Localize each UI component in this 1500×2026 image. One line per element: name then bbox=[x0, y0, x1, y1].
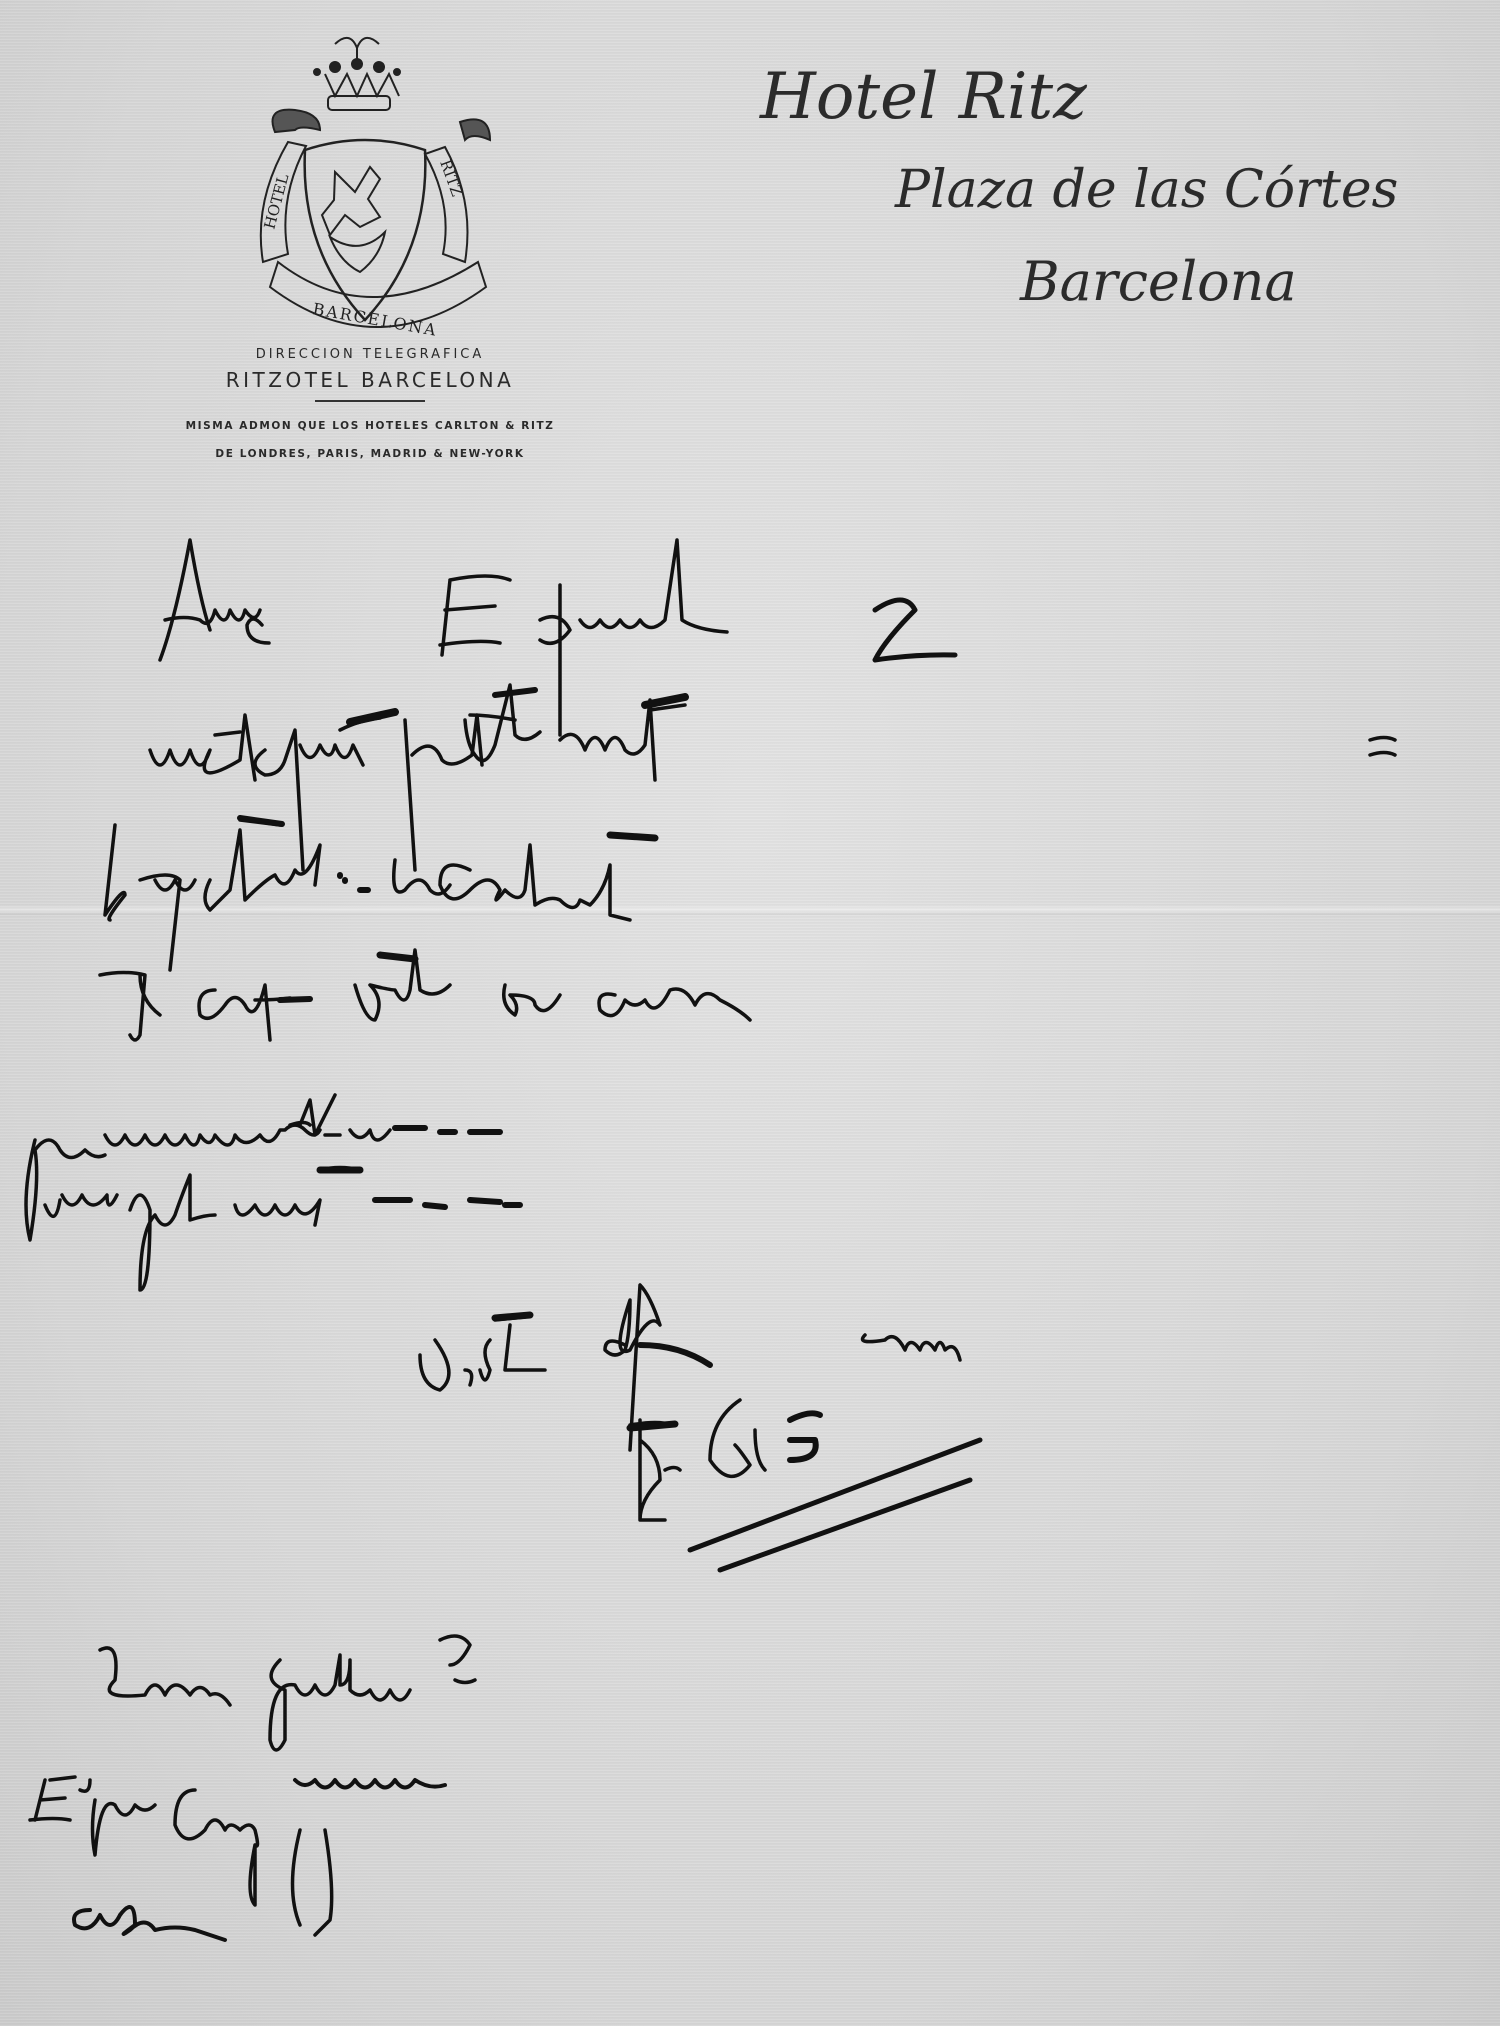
letterhead-divider bbox=[315, 400, 425, 402]
telegraph-label: DIRECCION TELEGRAFICA bbox=[130, 347, 610, 362]
telegraph-name: RITZOTEL BARCELONA bbox=[130, 368, 610, 392]
admin-line-1: MISMA ADMON QUE LOS HOTELES CARLTON & RI… bbox=[130, 412, 610, 440]
letter-sheet: HOTEL RITZ BARCELONA DIRECCION TELEGRAFI… bbox=[0, 0, 1500, 2026]
script-address: Plaza de las Córtes bbox=[895, 160, 1398, 220]
fold-crease bbox=[0, 905, 1500, 915]
crest-banner-bottom: BARCELONA bbox=[311, 299, 439, 337]
letterhead-text: DIRECCION TELEGRAFICA RITZOTEL BARCELONA… bbox=[130, 345, 610, 468]
admin-line-2: DE LONDRES, PARIS, MADRID & NEW-YORK bbox=[130, 440, 610, 468]
script-hotel-name: Hotel Ritz bbox=[760, 60, 1087, 134]
hotel-crest-icon: HOTEL RITZ BARCELONA bbox=[250, 22, 600, 337]
script-city: Barcelona bbox=[1020, 250, 1297, 313]
